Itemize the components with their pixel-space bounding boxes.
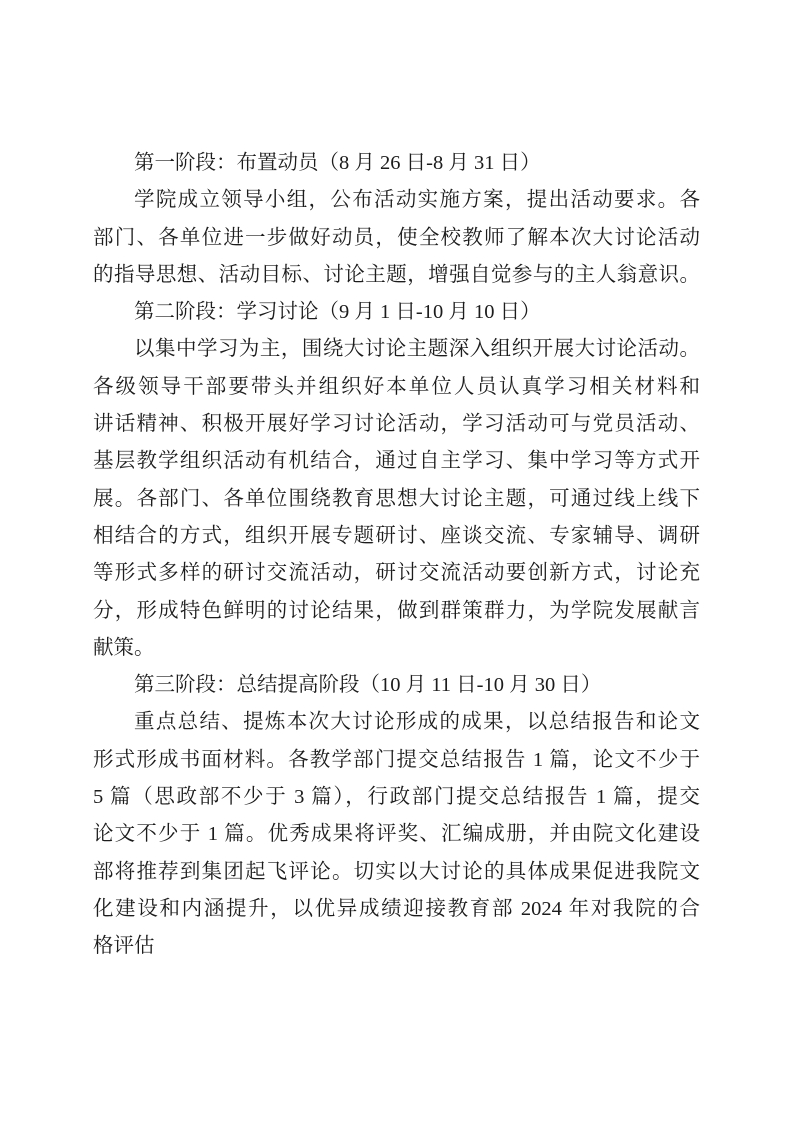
text-line: 各级领导干部要带头并组织好本单位人员认真学习相关材料和 bbox=[93, 369, 700, 406]
text-line: 相结合的方式，组织开展专题研讨、座谈交流、专家辅导、调研 bbox=[93, 518, 700, 555]
phase-heading-line: 第一阶段：布置动员（8 月 26 日-8 月 31 日） bbox=[93, 145, 700, 182]
text-line: 献策。 bbox=[93, 630, 700, 667]
text-line: 5 篇（思政部不少于 3 篇），行政部门提交总结报告 1 篇，提交 bbox=[93, 779, 700, 816]
text-line: 的指导思想、活动目标、讨论主题，增强自觉参与的主人翁意识。 bbox=[93, 257, 700, 294]
text-line: 论文不少于 1 篇。优秀成果将评奖、汇编成册，并由院文化建设 bbox=[93, 816, 700, 853]
text-line: 部将推荐到集团起飞评论。切实以大讨论的具体成果促进我院文 bbox=[93, 854, 700, 891]
text-line: 以集中学习为主，围绕大讨论主题深入组织开展大讨论活动。 bbox=[93, 331, 700, 368]
text-line: 部门、各单位进一步做好动员，使全校教师了解本次大讨论活动 bbox=[93, 220, 700, 257]
text-line: 基层教学组织活动有机结合，通过自主学习、集中学习等方式开 bbox=[93, 443, 700, 480]
text-line: 形式形成书面材料。各教学部门提交总结报告 1 篇，论文不少于 bbox=[93, 742, 700, 779]
text-line: 重点总结、提炼本次大讨论形成的成果，以总结报告和论文 bbox=[93, 704, 700, 741]
phase-heading-line: 第二阶段：学习讨论（9 月 1 日-10 月 10 日） bbox=[93, 294, 700, 331]
text-line: 格评估 bbox=[93, 928, 700, 965]
phase-heading-line: 第三阶段：总结提高阶段（10 月 11 日-10 月 30 日） bbox=[93, 667, 700, 704]
text-line: 讲话精神、积极开展好学习讨论活动，学习活动可与党员活动、 bbox=[93, 406, 700, 443]
document-page: 第一阶段：布置动员（8 月 26 日-8 月 31 日）学院成立领导小组，公布活… bbox=[0, 0, 793, 1122]
text-line: 等形式多样的研讨交流活动，研讨交流活动要创新方式，讨论充 bbox=[93, 555, 700, 592]
text-line: 展。各部门、各单位围绕教育思想大讨论主题，可通过线上线下 bbox=[93, 481, 700, 518]
document-body: 第一阶段：布置动员（8 月 26 日-8 月 31 日）学院成立领导小组，公布活… bbox=[93, 145, 700, 966]
text-line: 分，形成特色鲜明的讨论结果，做到群策群力，为学院发展献言 bbox=[93, 593, 700, 630]
text-line: 化建设和内涵提升，以优异成绩迎接教育部 2024 年对我院的合 bbox=[93, 891, 700, 928]
text-line: 学院成立领导小组，公布活动实施方案，提出活动要求。各 bbox=[93, 182, 700, 219]
